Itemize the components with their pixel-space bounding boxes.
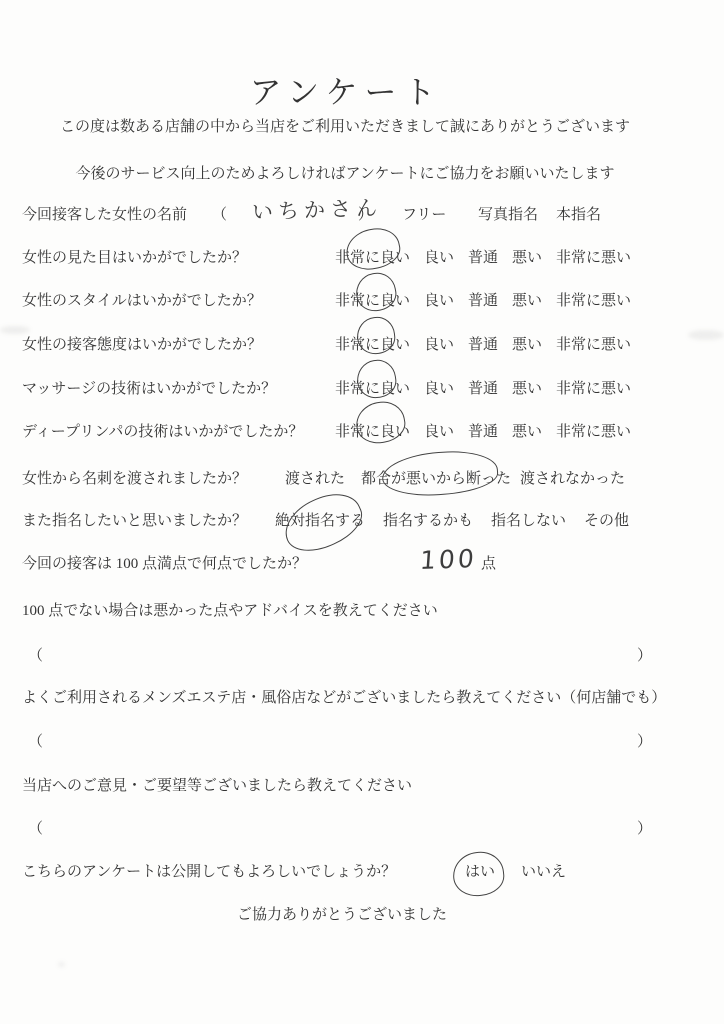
- rating-option-bad: 悪い: [512, 247, 542, 269]
- rating-option-very-bad: 非常に悪い: [556, 378, 631, 400]
- rating-option-very-bad: 非常に悪い: [556, 421, 631, 443]
- rating-option-normal: 普通: [468, 378, 498, 400]
- handdrawn-circle-card-declined: [381, 448, 500, 499]
- question-label: 女性のスタイルはいかがでしたか？: [22, 290, 262, 312]
- score-row: 今回の接客は 100 点満点で何点でしたか？ 100 点: [0, 553, 724, 575]
- scanned-survey-page: アンケート この度は数ある店舗の中から当店をご利用いただきまして誠にありがとうご…: [0, 0, 724, 1024]
- rating-option-bad: 悪い: [512, 421, 542, 443]
- close-paren: ）: [637, 731, 652, 753]
- advice-question-row: 100 点でない場合は悪かった点やアドバイスを教えてください: [0, 600, 724, 622]
- rating-option-very-bad: 非常に悪い: [556, 247, 631, 269]
- handdrawn-circle-repeat-definitely: [276, 484, 369, 561]
- question-label: 女性から名刺を渡されましたか？: [22, 468, 247, 490]
- intro-line-1: この度は数ある店舗の中から当店をご利用いただきまして誠にありがとうございます: [0, 115, 707, 136]
- question-label: 女性の接客態度はいかがでしたか？: [22, 334, 262, 356]
- publish-permission-row: こちらのアンケートは公開してもよろしいでしょうか？ はい いいえ: [0, 861, 724, 883]
- advice-answer-row: （ ）: [0, 645, 724, 667]
- intro-line-2: 今後のサービス向上のためよろしければアンケートにご協力をお願いいたします: [0, 162, 707, 183]
- name-question-row: 今回接客した女性の名前 （ いちかさん ） フリー 写真指名 本指名: [0, 204, 724, 226]
- closing-message: ご協力ありがとうございました: [0, 903, 704, 924]
- question-label: 女性の見た目はいかがでしたか？: [22, 247, 247, 269]
- close-paren: ）: [637, 818, 652, 840]
- question-label: よくご利用されるメンズエステ店・風俗店などがございましたら教えてください（何店舗…: [22, 687, 666, 709]
- opinion-answer-row: （ ）: [0, 818, 724, 840]
- other-shops-answer-row: （ ）: [0, 731, 724, 753]
- rating-option-good: 良い: [424, 378, 454, 400]
- business-card-row: 女性から名刺を渡されましたか？ 渡された 都合が悪いから断った 渡されなかった: [0, 468, 724, 490]
- score-unit: 点: [481, 553, 496, 575]
- question-label: 今回接客した女性の名前: [22, 204, 187, 226]
- question-label: こちらのアンケートは公開してもよろしいでしょうか？: [22, 861, 396, 883]
- rating-option-good: 良い: [424, 421, 454, 443]
- question-label: マッサージの技術はいかがでしたか？: [22, 378, 276, 400]
- rating-option-very-bad: 非常に悪い: [556, 290, 631, 312]
- rating-option-normal: 普通: [468, 421, 498, 443]
- question-label: 当店へのご意見・ご要望等ございましたら教えてください: [22, 775, 412, 797]
- open-paren: （: [28, 645, 43, 667]
- name-option-free: フリー: [402, 204, 446, 226]
- name-option-photo-shimei: 写真指名: [478, 204, 538, 226]
- rating-option-bad: 悪い: [512, 290, 542, 312]
- handwritten-score: 100: [419, 546, 478, 573]
- rating-option-normal: 普通: [468, 290, 498, 312]
- rating-option-good: 良い: [424, 334, 454, 356]
- rating-option-very-bad: 非常に悪い: [556, 334, 631, 356]
- scan-smudge: [58, 962, 65, 967]
- card-option-received: 渡された: [285, 468, 345, 490]
- rating-option-good: 良い: [424, 247, 454, 269]
- question-label: また指名したいと思いましたか？: [22, 510, 247, 532]
- question-label: 100 点でない場合は悪かった点やアドバイスを教えてください: [22, 600, 438, 622]
- card-option-not-received: 渡されなかった: [520, 468, 625, 490]
- name-option-hon-shimei: 本指名: [556, 204, 601, 226]
- opinion-question-row: 当店へのご意見・ご要望等ございましたら教えてください: [0, 775, 724, 797]
- scan-smudge: [0, 326, 30, 334]
- open-paren: （: [28, 818, 43, 840]
- rating-option-bad: 悪い: [512, 334, 542, 356]
- rating-option-normal: 普通: [468, 247, 498, 269]
- question-label: ディープリンパの技術はいかがでしたか？: [22, 421, 303, 443]
- question-label: 今回の接客は 100 点満点で何点でしたか？: [22, 553, 307, 575]
- publish-option-no: いいえ: [521, 861, 566, 883]
- handdrawn-circle-publish-yes: [451, 849, 506, 898]
- rating-option-bad: 悪い: [512, 378, 542, 400]
- other-shops-question-row: よくご利用されるメンズエステ店・風俗店などがございましたら教えてください（何店舗…: [0, 687, 724, 709]
- open-paren: （: [28, 731, 43, 753]
- repeat-option-other: その他: [584, 510, 629, 532]
- repeat-option-no: 指名しない: [491, 510, 566, 532]
- close-paren: ）: [358, 204, 373, 226]
- rating-option-normal: 普通: [468, 334, 498, 356]
- scan-smudge: [688, 330, 724, 340]
- open-paren: （: [212, 204, 227, 226]
- repeat-option-maybe: 指名するかも: [383, 510, 473, 532]
- close-paren: ）: [637, 645, 652, 667]
- page-title: アンケート: [0, 67, 708, 113]
- rating-option-good: 良い: [424, 290, 454, 312]
